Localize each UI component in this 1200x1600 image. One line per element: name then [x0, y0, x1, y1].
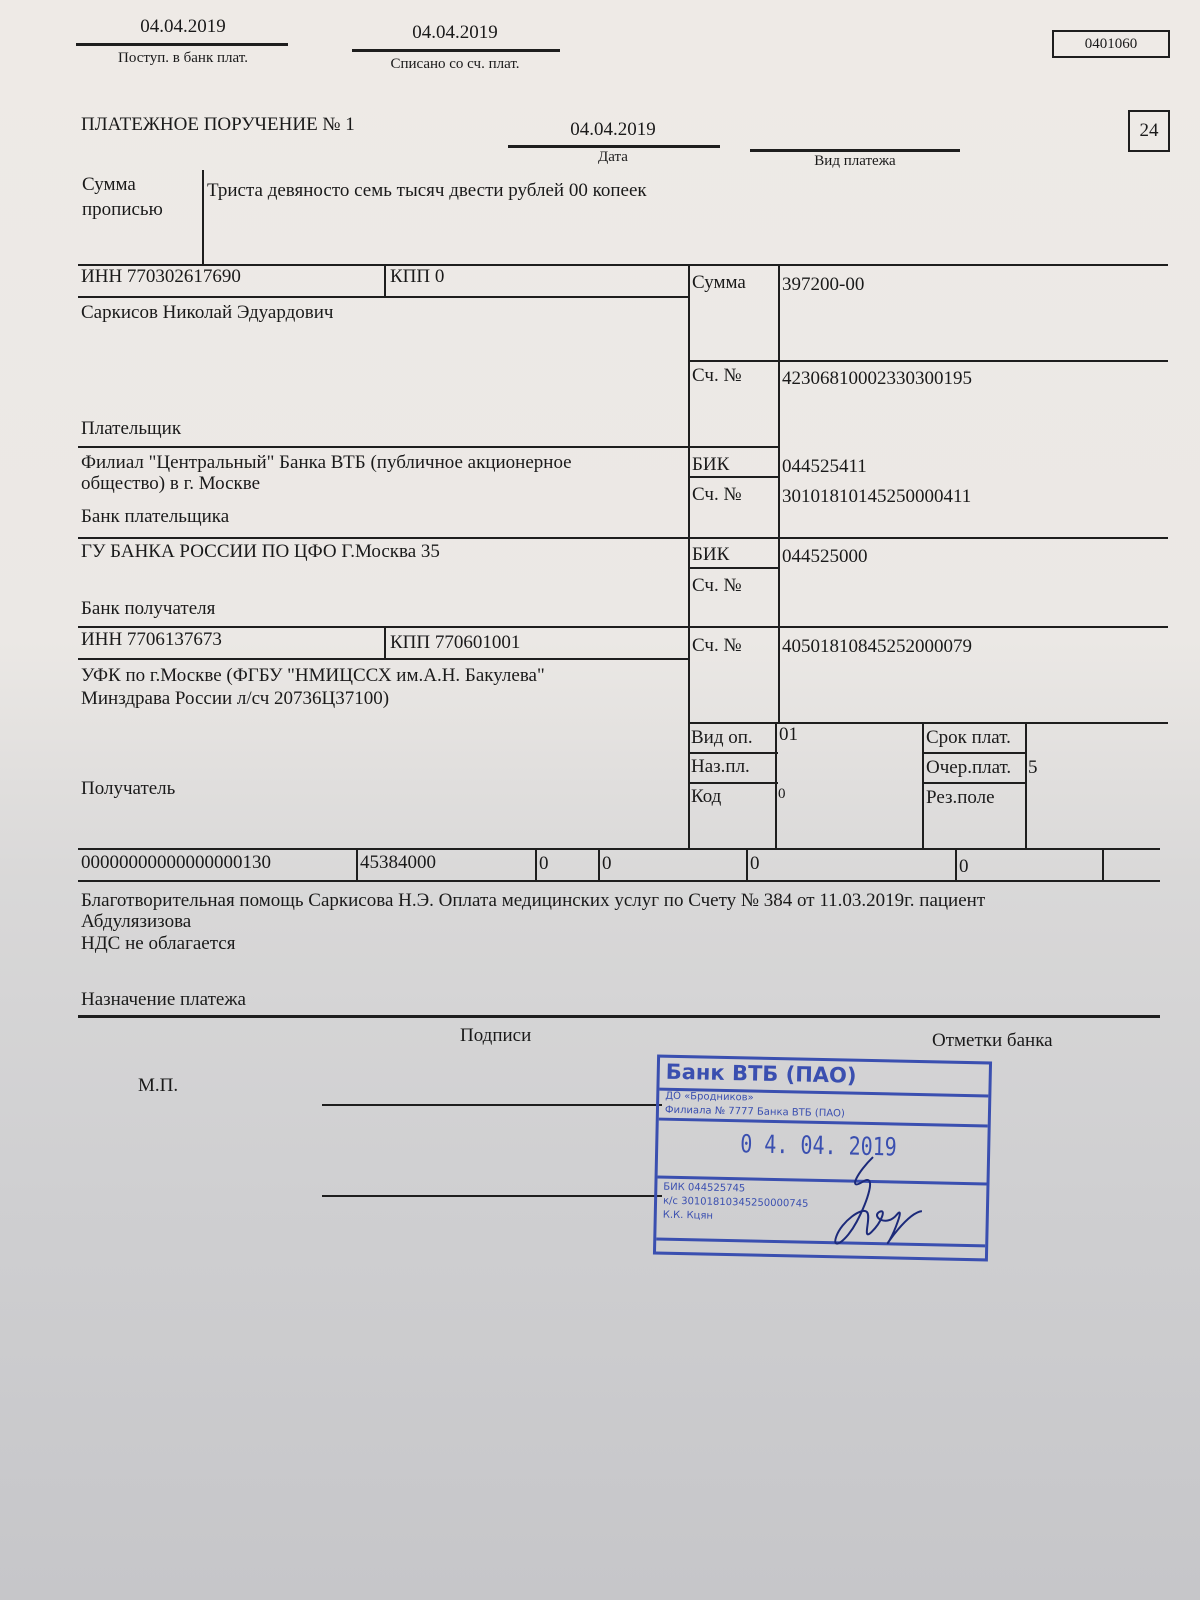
- debited-date: 04.04.2019: [350, 22, 560, 44]
- form-code-box: 0401060: [1052, 30, 1170, 58]
- order-value: 5: [1028, 757, 1038, 779]
- document-date: 04.04.2019: [508, 119, 718, 141]
- stamp-bank-name: Банк ВТБ (ПАО): [666, 1060, 857, 1088]
- tax-oktmo: 45384000: [360, 852, 436, 874]
- payer-bank-account-value: 30101810145250000411: [782, 486, 971, 508]
- payee-name-1: УФК по г.Москве (ФГБУ "НМИЦССХ им.А.Н. Б…: [81, 665, 545, 687]
- divider: [778, 264, 780, 722]
- payee-label: Получатель: [81, 778, 175, 800]
- payer-inn: ИНН 770302617690: [81, 266, 241, 288]
- amount-words-label-1: Сумма: [82, 174, 136, 196]
- divider: [384, 626, 386, 658]
- stamp-corr-account: к/с 30101810345250000745: [663, 1196, 809, 1210]
- payer-label: Плательщик: [81, 418, 181, 440]
- divider: [78, 1015, 1160, 1018]
- divider: [688, 722, 1168, 724]
- purpose-line-2: Абдулязизова: [81, 911, 191, 933]
- payee-kpp: КПП 770601001: [390, 632, 520, 654]
- purpose-line-1: Благотворительная помощь Саркисова Н.Э. …: [81, 890, 985, 912]
- divider: [922, 722, 924, 848]
- divider: [598, 848, 600, 880]
- divider: [78, 264, 1168, 266]
- tax-period: 0: [602, 853, 612, 875]
- document-date-label: Дата: [508, 149, 718, 166]
- signature-line-1[interactable]: [322, 1104, 662, 1106]
- order-label: Очер.плат.: [926, 757, 1011, 779]
- reserve-label: Рез.поле: [926, 787, 995, 809]
- divider: [688, 752, 778, 754]
- stamp-place-label: М.П.: [138, 1075, 178, 1097]
- amount-words-value: Триста девяносто семь тысяч двести рубле…: [207, 180, 647, 202]
- divider: [202, 170, 204, 264]
- divider: [78, 296, 688, 298]
- signatures-label: Подписи: [460, 1025, 531, 1047]
- sum-value: 397200-00: [782, 274, 864, 296]
- signature-icon: [816, 1151, 928, 1258]
- payment-type-line: [750, 149, 960, 152]
- debited-date-line: [352, 49, 560, 52]
- divider: [746, 848, 748, 880]
- stamp-office-2: Филиала № 7777 Банка ВТБ (ПАО): [665, 1105, 845, 1120]
- divider: [1025, 722, 1027, 848]
- divider: [688, 360, 1168, 362]
- payee-bank-account-label: Сч. №: [692, 575, 742, 597]
- purpose-label: Назначение платежа: [81, 989, 246, 1011]
- divider: [78, 446, 778, 448]
- divider: [688, 264, 690, 848]
- payee-inn: ИНН 7706137673: [81, 629, 222, 651]
- received-date: 04.04.2019: [78, 16, 288, 38]
- divider: [1102, 848, 1104, 880]
- bank-stamp: Банк ВТБ (ПАО) ДО «Бродников» Филиала № …: [653, 1055, 992, 1262]
- tax-doc-date: 0: [959, 856, 969, 878]
- payer-kpp: КПП 0: [390, 266, 444, 288]
- payment-type-label: Вид платежа: [750, 153, 960, 170]
- payee-account-value: 40501810845252000079: [782, 636, 972, 658]
- payer-bank-account-label: Сч. №: [692, 484, 742, 506]
- divider: [688, 476, 778, 478]
- tax-doc-number: 0: [750, 853, 760, 875]
- document-title: ПЛАТЕЖНОЕ ПОРУЧЕНИЕ № 1: [81, 114, 355, 136]
- payer-bank-name-2: общество) в г. Москве: [81, 473, 260, 495]
- divider: [775, 722, 777, 848]
- purpose-code-label: Наз.пл.: [691, 756, 750, 778]
- tax-basis: 0: [539, 853, 549, 875]
- purpose-line-3: НДС не облагается: [81, 933, 235, 955]
- status-code-box: 24: [1128, 110, 1170, 152]
- tax-kbk: 00000000000000000130: [81, 852, 271, 874]
- divider: [78, 848, 1160, 850]
- code-label: Код: [691, 786, 721, 808]
- stamp-officer: К.К. Кцян: [663, 1210, 713, 1222]
- op-type-label: Вид оп.: [691, 727, 753, 749]
- amount-words-label-2: прописью: [82, 199, 163, 221]
- payee-bank-name: ГУ БАНКА РОССИИ ПО ЦФО Г.Москва 35: [81, 541, 440, 563]
- divider: [78, 537, 1168, 539]
- signature-line-2[interactable]: [322, 1195, 662, 1197]
- payer-bank-name-1: Филиал "Центральный" Банка ВТБ (публично…: [81, 452, 572, 474]
- stamp-bik: БИК 044525745: [663, 1182, 745, 1195]
- payer-bank-bik-value: 044525411: [782, 456, 867, 478]
- payee-account-label: Сч. №: [692, 635, 742, 657]
- divider: [535, 848, 537, 880]
- payee-bank-label: Банк получателя: [81, 598, 215, 620]
- divider: [688, 782, 778, 784]
- payer-bank-label: Банк плательщика: [81, 506, 229, 528]
- divider: [688, 567, 778, 569]
- received-date-label: Поступ. в банк плат.: [78, 50, 288, 67]
- op-type-value: 01: [779, 724, 798, 746]
- payer-name: Саркисов Николай Эдуардович: [81, 302, 333, 324]
- divider: [659, 1118, 988, 1128]
- sum-label: Сумма: [692, 272, 746, 294]
- payee-bank-bik-label: БИК: [692, 544, 729, 566]
- divider: [78, 626, 1168, 628]
- divider: [78, 658, 688, 660]
- code-value: 0: [778, 786, 786, 803]
- status-code: 24: [1140, 120, 1159, 142]
- divider: [78, 880, 1160, 882]
- payer-bank-bik-label: БИК: [692, 454, 729, 476]
- divider: [356, 848, 358, 880]
- payee-name-2: Минздрава России л/сч 20736Ц37100): [81, 688, 389, 710]
- form-code: 0401060: [1085, 36, 1138, 53]
- deadline-label: Срок плат.: [926, 727, 1011, 749]
- divider: [922, 782, 1025, 784]
- debited-date-label: Списано со сч. плат.: [350, 56, 560, 73]
- bank-marks-label: Отметки банка: [932, 1030, 1053, 1052]
- document-date-line: [508, 145, 720, 148]
- divider: [384, 264, 386, 296]
- divider: [922, 752, 1025, 754]
- payee-bank-bik-value: 044525000: [782, 546, 868, 568]
- received-date-line: [76, 43, 288, 46]
- payer-account-label: Сч. №: [692, 365, 742, 387]
- payer-account-value: 42306810002330300195: [782, 368, 972, 390]
- divider: [955, 848, 957, 880]
- stamp-office-1: ДО «Бродников»: [665, 1091, 754, 1104]
